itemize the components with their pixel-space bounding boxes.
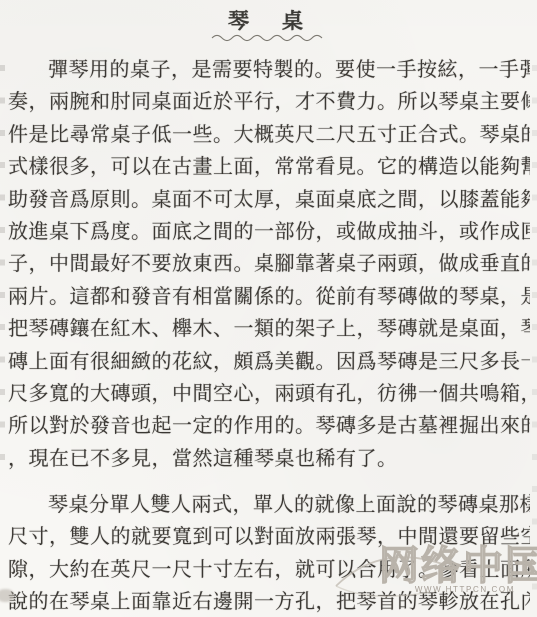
text-line: 子，中間最好不要放東西。桌腳靠著桌子兩頭，做成垂直的 xyxy=(8,248,530,280)
scan-smudge xyxy=(0,589,14,602)
text-line: ，現在已不多見，當然這種琴桌也稀有了。 xyxy=(8,443,530,475)
text-line: 磚上面有很細緻的花紋，頗爲美觀。因爲琴磚是三尺多長一 xyxy=(8,346,530,378)
paragraph-1: 彈琴用的桌子，是需要特製的。要使一手按絃，一手彈 奏，兩腕和肘同桌面近於平行，才… xyxy=(8,54,530,475)
text-line: 琴桌分單人雙人兩式，單人的就像上面說的琴磚桌那樣 xyxy=(8,489,530,521)
text-line: 尺多寬的大磚頭，中間空心，兩頭有孔，彷彿一個共鳴箱， xyxy=(8,378,530,410)
text-line: 奏，兩腕和肘同桌面近於平行，才不費力。所以琴桌主要條 xyxy=(8,86,530,118)
text-line: 所以對於發音也起一定的作用的。琴磚多是古墓裡掘出來的 xyxy=(8,410,530,442)
page-title: 琴 桌 xyxy=(228,5,309,35)
text-line: 兩片。這都和發音有相當關係的。從前有琴磚做的琴桌，是 xyxy=(8,281,530,313)
watermark-logo: 网络中国 xyxy=(379,534,537,591)
watermark-url: WWW.HTTPCN.COM xyxy=(415,585,515,594)
text-line: 件是比尋常桌子低一些。大概英尺二尺五寸正合式。琴桌的 xyxy=(8,119,530,151)
document-page: 琴 桌 彈琴用的桌子，是需要特製的。要使一手按絃，一手彈 奏，兩腕和肘同桌面近於… xyxy=(0,0,537,617)
text-line: 助發音爲原則。桌面不可太厚，桌面桌底之間，以膝蓋能夠 xyxy=(8,184,530,216)
text-line: 放進桌下爲度。面底之間的一部份，或做成抽斗，或作成匣 xyxy=(8,216,530,248)
page-header: 琴 桌 xyxy=(0,5,537,42)
text-line: 式樣很多，可以在古畫上面，常常看見。它的構造以能夠幫 xyxy=(8,151,530,183)
scan-edge-artifacts-left xyxy=(0,54,5,478)
scan-edge-artifacts-right xyxy=(532,54,537,610)
body-text: 彈琴用的桌子，是需要特製的。要使一手按絃，一手彈 奏，兩腕和肘同桌面近於平行，才… xyxy=(8,54,530,617)
text-line: 把琴磚鑲在紅木、櫸木、一類的架子上，琴磚就是桌面，琴 xyxy=(8,313,530,345)
text-line: 彈琴用的桌子，是需要特製的。要使一手按絃，一手彈 xyxy=(8,54,530,86)
